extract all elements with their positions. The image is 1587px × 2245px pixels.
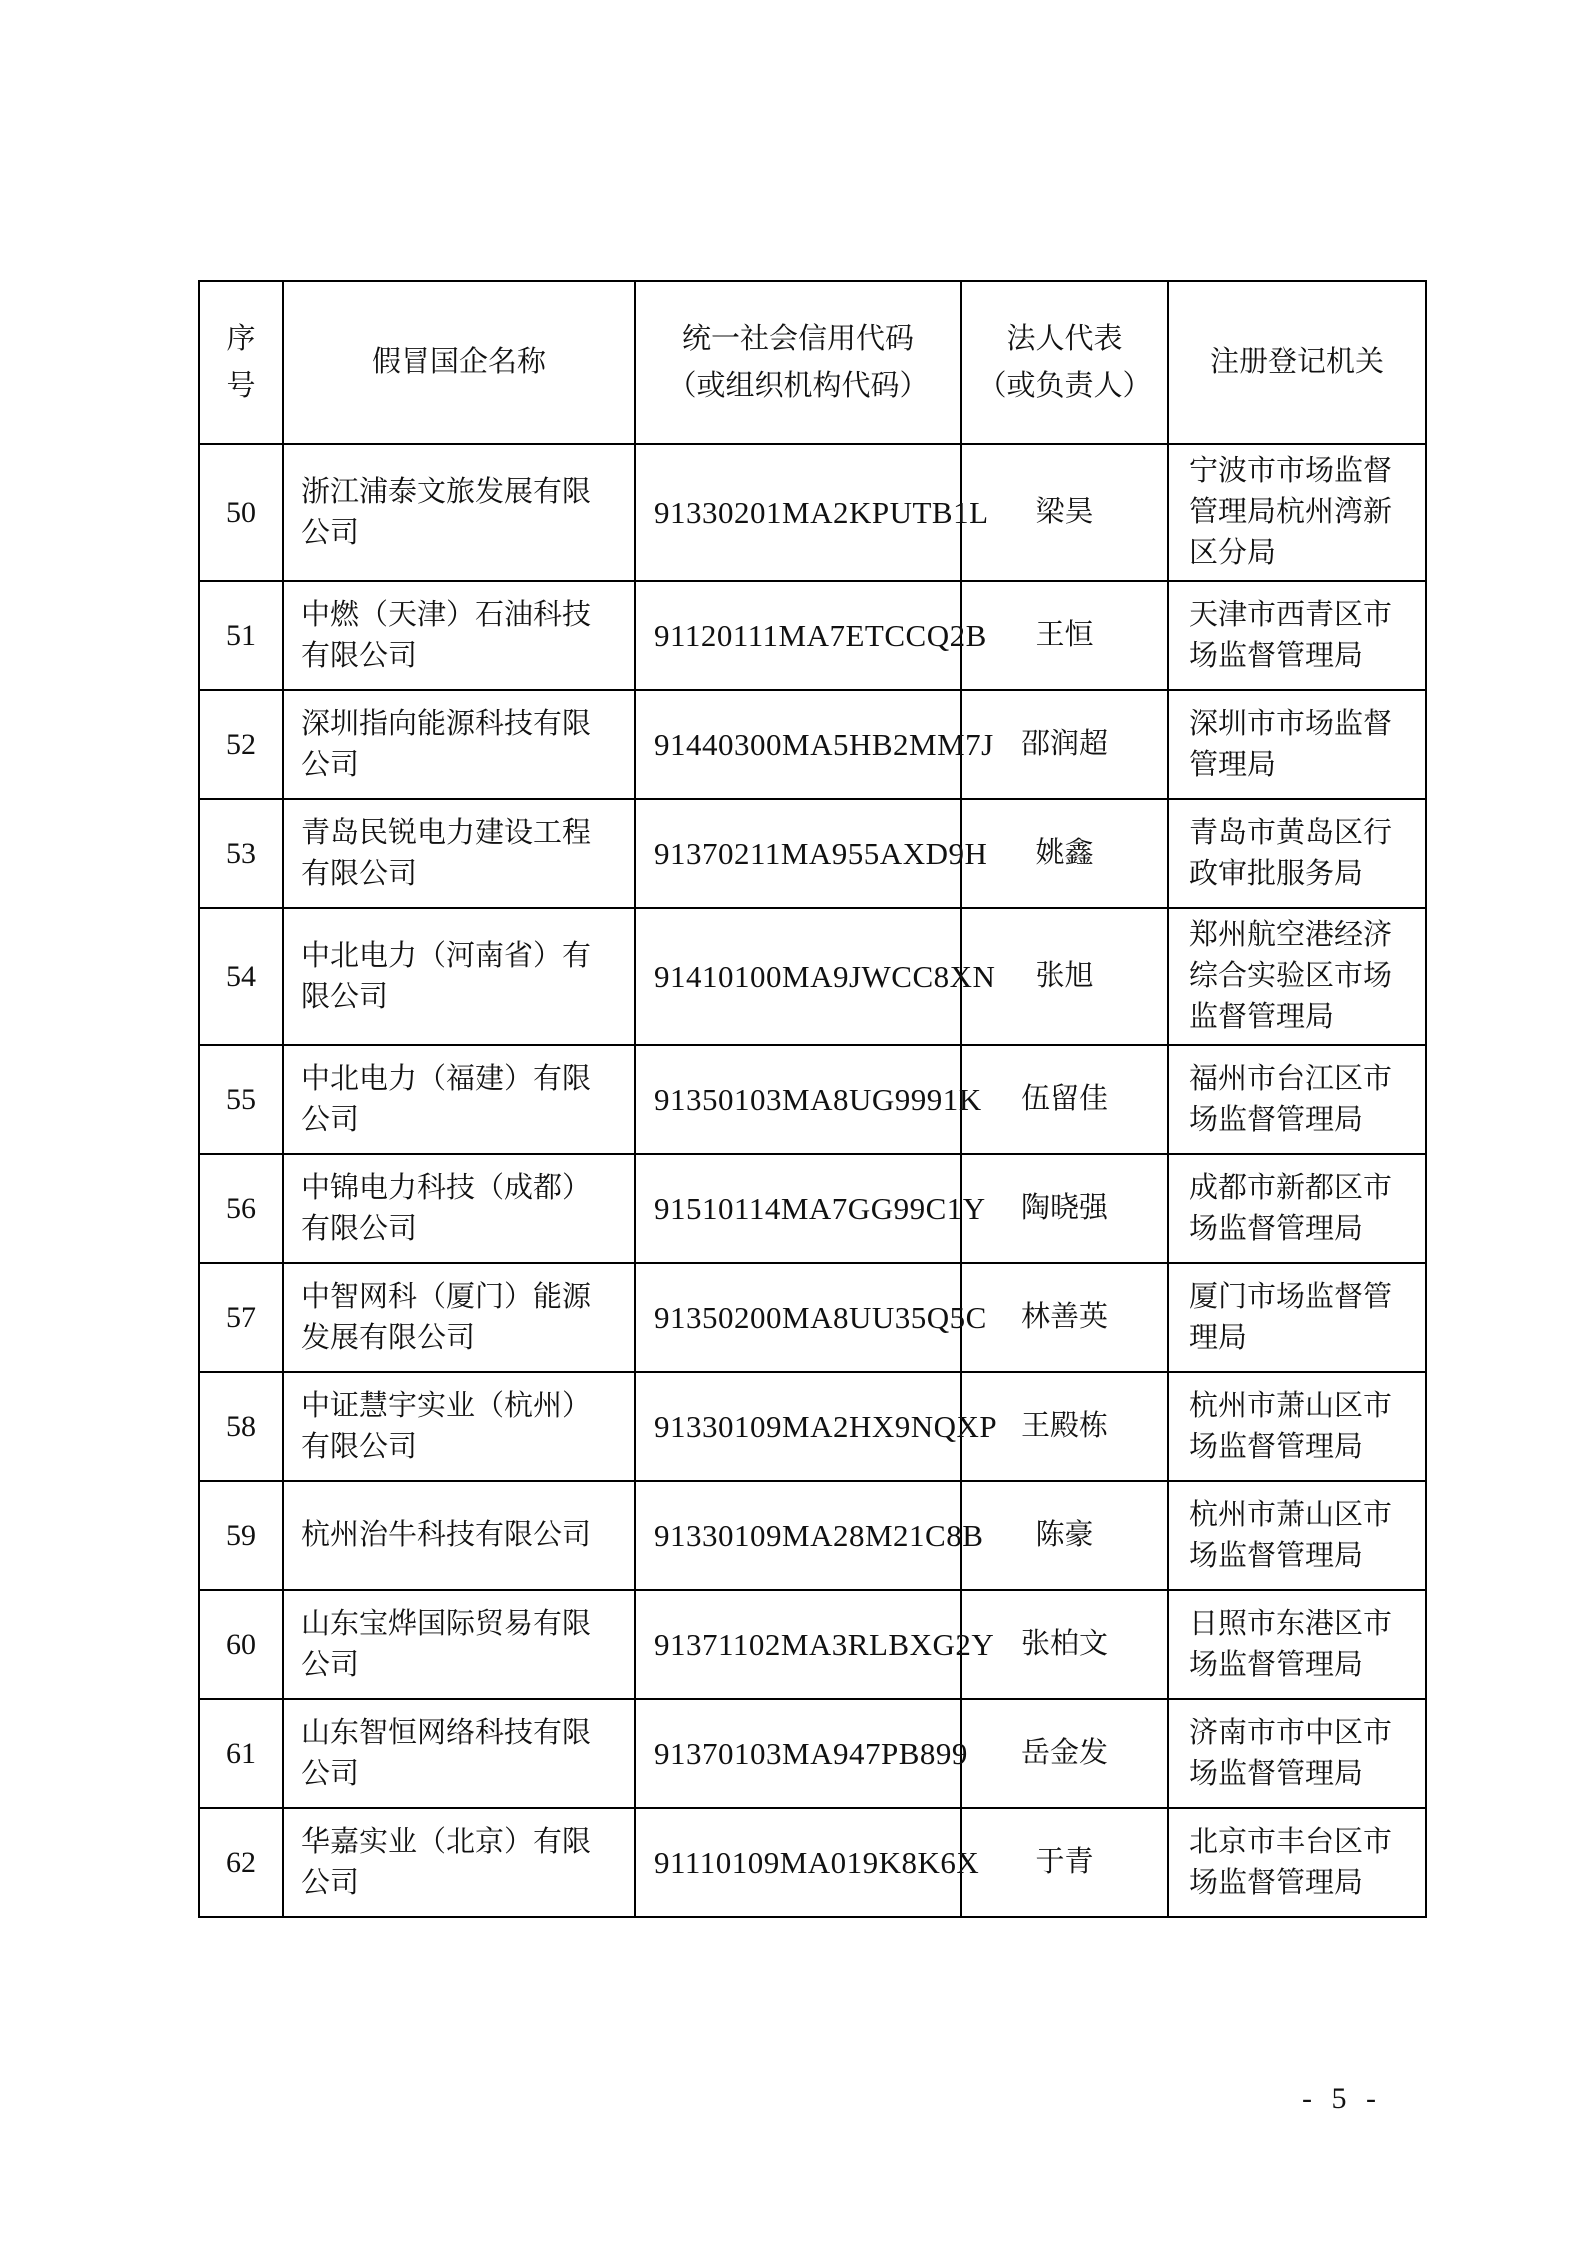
- header-company-name: 假冒国企名称: [283, 281, 635, 444]
- cell-credit-code: 91370211MA955AXD9H: [635, 799, 961, 908]
- table-row: 59杭州治牛科技有限公司91330109MA28M21C8B陈豪杭州市萧山区市场…: [199, 1481, 1426, 1590]
- table-header: 序 号 假冒国企名称 统一社会信用代码 （或组织机构代码） 法人代表 （或负责人…: [199, 281, 1426, 444]
- cell-company-name: 山东智恒网络科技有限公司: [283, 1699, 635, 1808]
- cell-legal-rep: 梁昊: [961, 444, 1168, 581]
- cell-company-name: 中北电力（河南省）有限公司: [283, 908, 635, 1045]
- cell-company-name: 中北电力（福建）有限公司: [283, 1045, 635, 1154]
- cell-registration-authority: 宁波市市场监督管理局杭州湾新区分局: [1168, 444, 1426, 581]
- table-row: 56中锦电力科技（成都）有限公司91510114MA7GG99C1Y陶晓强成都市…: [199, 1154, 1426, 1263]
- document-page: 序 号 假冒国企名称 统一社会信用代码 （或组织机构代码） 法人代表 （或负责人…: [0, 0, 1587, 2245]
- table-row: 62华嘉实业（北京）有限公司91110109MA019K8K6X于青北京市丰台区…: [199, 1808, 1426, 1917]
- cell-legal-rep: 陶晓强: [961, 1154, 1168, 1263]
- header-registration-authority-label: 注册登记机关: [1210, 339, 1384, 386]
- cell-company-name: 杭州治牛科技有限公司: [283, 1481, 635, 1590]
- cell-credit-code: 91330201MA2KPUTB1L: [635, 444, 961, 581]
- header-seq: 序 号: [199, 281, 283, 444]
- table-row: 60山东宝烨国际贸易有限公司91371102MA3RLBXG2Y张柏文日照市东港…: [199, 1590, 1426, 1699]
- cell-credit-code: 91370103MA947PB899: [635, 1699, 961, 1808]
- cell-legal-rep: 于青: [961, 1808, 1168, 1917]
- header-credit-code: 统一社会信用代码 （或组织机构代码）: [635, 281, 961, 444]
- table-row: 51中燃（天津）石油科技有限公司91120111MA7ETCCQ2B王恒天津市西…: [199, 581, 1426, 690]
- cell-registration-authority: 日照市东港区市场监督管理局: [1168, 1590, 1426, 1699]
- cell-seq: 51: [199, 581, 283, 690]
- cell-legal-rep: 岳金发: [961, 1699, 1168, 1808]
- cell-credit-code: 91440300MA5HB2MM7J: [635, 690, 961, 799]
- cell-credit-code: 91510114MA7GG99C1Y: [635, 1154, 961, 1263]
- cell-seq: 61: [199, 1699, 283, 1808]
- cell-seq: 54: [199, 908, 283, 1045]
- cell-registration-authority: 济南市市中区市场监督管理局: [1168, 1699, 1426, 1808]
- cell-seq: 55: [199, 1045, 283, 1154]
- cell-legal-rep: 陈豪: [961, 1481, 1168, 1590]
- cell-seq: 56: [199, 1154, 283, 1263]
- fake-soe-table: 序 号 假冒国企名称 统一社会信用代码 （或组织机构代码） 法人代表 （或负责人…: [198, 280, 1427, 1918]
- cell-seq: 60: [199, 1590, 283, 1699]
- cell-registration-authority: 杭州市萧山区市场监督管理局: [1168, 1372, 1426, 1481]
- cell-credit-code: 91120111MA7ETCCQ2B: [635, 581, 961, 690]
- header-company-name-label: 假冒国企名称: [372, 339, 546, 386]
- header-registration-authority: 注册登记机关: [1168, 281, 1426, 444]
- cell-registration-authority: 厦门市场监督管理局: [1168, 1263, 1426, 1372]
- cell-company-name: 中智网科（厦门）能源发展有限公司: [283, 1263, 635, 1372]
- cell-company-name: 中证慧宇实业（杭州）有限公司: [283, 1372, 635, 1481]
- cell-seq: 58: [199, 1372, 283, 1481]
- cell-registration-authority: 青岛市黄岛区行政审批服务局: [1168, 799, 1426, 908]
- header-seq-label: 序 号: [226, 316, 255, 410]
- page-number: - 5 -: [1302, 2082, 1382, 2116]
- cell-credit-code: 91330109MA2HX9NQXP: [635, 1372, 961, 1481]
- cell-legal-rep: 伍留佳: [961, 1045, 1168, 1154]
- cell-seq: 59: [199, 1481, 283, 1590]
- table-row: 61山东智恒网络科技有限公司91370103MA947PB899岳金发济南市市中…: [199, 1699, 1426, 1808]
- table-body: 50浙江浦泰文旅发展有限公司91330201MA2KPUTB1L梁昊宁波市市场监…: [199, 444, 1426, 1917]
- cell-registration-authority: 成都市新都区市场监督管理局: [1168, 1154, 1426, 1263]
- cell-seq: 53: [199, 799, 283, 908]
- table-header-row: 序 号 假冒国企名称 统一社会信用代码 （或组织机构代码） 法人代表 （或负责人…: [199, 281, 1426, 444]
- table-row: 53青岛民锐电力建设工程有限公司91370211MA955AXD9H姚鑫青岛市黄…: [199, 799, 1426, 908]
- table-row: 57中智网科（厦门）能源发展有限公司91350200MA8UU35Q5C林善英厦…: [199, 1263, 1426, 1372]
- cell-credit-code: 91330109MA28M21C8B: [635, 1481, 961, 1590]
- cell-registration-authority: 杭州市萧山区市场监督管理局: [1168, 1481, 1426, 1590]
- cell-company-name: 中锦电力科技（成都）有限公司: [283, 1154, 635, 1263]
- header-credit-code-label: 统一社会信用代码 （或组织机构代码）: [667, 316, 928, 410]
- cell-credit-code: 91350103MA8UG9991K: [635, 1045, 961, 1154]
- cell-registration-authority: 福州市台江区市场监督管理局: [1168, 1045, 1426, 1154]
- cell-registration-authority: 北京市丰台区市场监督管理局: [1168, 1808, 1426, 1917]
- table-row: 58中证慧宇实业（杭州）有限公司91330109MA2HX9NQXP王殿栋杭州市…: [199, 1372, 1426, 1481]
- cell-legal-rep: 林善英: [961, 1263, 1168, 1372]
- cell-registration-authority: 深圳市市场监督管理局: [1168, 690, 1426, 799]
- table-row: 55中北电力（福建）有限公司91350103MA8UG9991K伍留佳福州市台江…: [199, 1045, 1426, 1154]
- cell-seq: 62: [199, 1808, 283, 1917]
- cell-seq: 57: [199, 1263, 283, 1372]
- cell-registration-authority: 郑州航空港经济综合实验区市场监督管理局: [1168, 908, 1426, 1045]
- cell-legal-rep: 王恒: [961, 581, 1168, 690]
- table-row: 52深圳指向能源科技有限公司91440300MA5HB2MM7J邵润超深圳市市场…: [199, 690, 1426, 799]
- header-legal-rep: 法人代表 （或负责人）: [961, 281, 1168, 444]
- cell-seq: 50: [199, 444, 283, 581]
- cell-company-name: 中燃（天津）石油科技有限公司: [283, 581, 635, 690]
- table-row: 50浙江浦泰文旅发展有限公司91330201MA2KPUTB1L梁昊宁波市市场监…: [199, 444, 1426, 581]
- cell-company-name: 浙江浦泰文旅发展有限公司: [283, 444, 635, 581]
- cell-company-name: 青岛民锐电力建设工程有限公司: [283, 799, 635, 908]
- cell-credit-code: 91110109MA019K8K6X: [635, 1808, 961, 1917]
- cell-company-name: 华嘉实业（北京）有限公司: [283, 1808, 635, 1917]
- cell-seq: 52: [199, 690, 283, 799]
- cell-credit-code: 91350200MA8UU35Q5C: [635, 1263, 961, 1372]
- cell-registration-authority: 天津市西青区市场监督管理局: [1168, 581, 1426, 690]
- cell-company-name: 深圳指向能源科技有限公司: [283, 690, 635, 799]
- cell-credit-code: 91371102MA3RLBXG2Y: [635, 1590, 961, 1699]
- table-row: 54中北电力（河南省）有限公司91410100MA9JWCC8XN张旭郑州航空港…: [199, 908, 1426, 1045]
- cell-legal-rep: 姚鑫: [961, 799, 1168, 908]
- cell-company-name: 山东宝烨国际贸易有限公司: [283, 1590, 635, 1699]
- cell-credit-code: 91410100MA9JWCC8XN: [635, 908, 961, 1045]
- header-legal-rep-label: 法人代表 （或负责人）: [977, 316, 1151, 410]
